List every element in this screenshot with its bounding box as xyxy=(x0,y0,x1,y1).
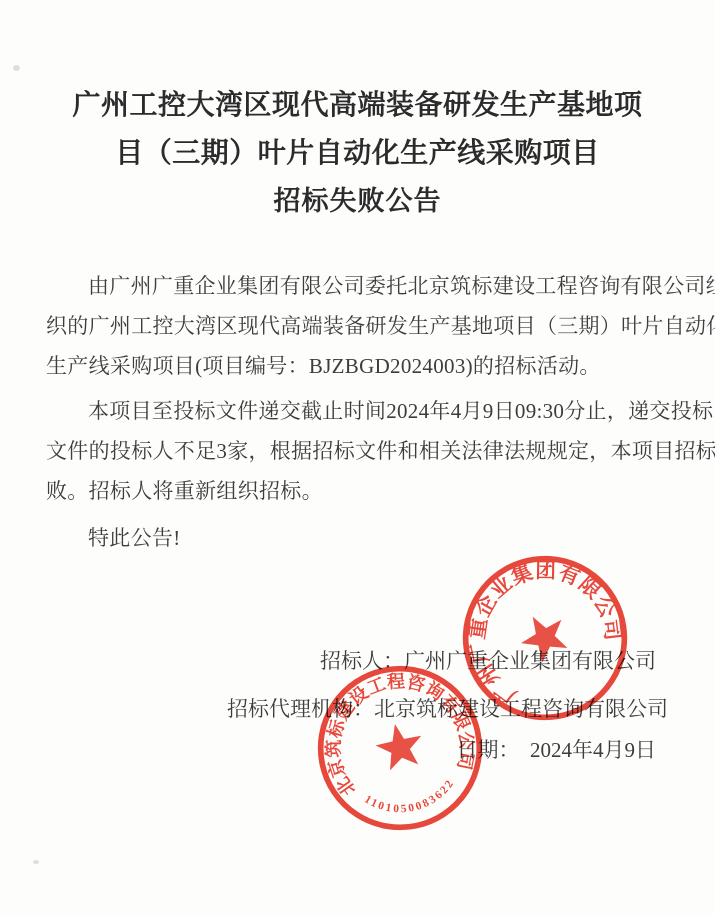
document-title: 广州工控大湾区现代高端装备研发生产基地项 目（三期）叶片自动化生产线采购项目 xyxy=(0,82,715,178)
body-line: 本项目至投标文件递交截止时间2024年4月9日09:30分止，递交投标 xyxy=(46,391,675,431)
document-page: 广州工控大湾区现代高端装备研发生产基地项 目（三期）叶片自动化生产线采购项目 招… xyxy=(0,0,715,915)
scan-speck xyxy=(13,65,20,71)
body-line: 由广州广重企业集团有限公司委托北京筑标建设工程咨询有限公司组 xyxy=(46,266,675,306)
seal-star-icon xyxy=(372,719,427,772)
title-line-1: 广州工控大湾区现代高端装备研发生产基地项 xyxy=(0,82,715,130)
body-line: 生产线采购项目(项目编号：BJZBGD2024003)的招标活动。 xyxy=(46,346,675,386)
body-line: 文件的投标人不足3家，根据招标文件和相关法律法规规定，本项目招标失 xyxy=(46,431,675,471)
body-line: 织的广州工控大湾区现代高端装备研发生产基地项目（三期）叶片自动化 xyxy=(46,306,675,346)
seal-star-icon xyxy=(513,605,576,667)
document-body: 由广州广重企业集团有限公司委托北京筑标建设工程咨询有限公司组 织的广州工控大湾区… xyxy=(46,266,675,558)
seal-serial-number: 1101050083622 xyxy=(360,775,461,824)
announcement-heading: 招标失败公告 xyxy=(0,186,715,216)
body-line: 败。招标人将重新组织招标。 xyxy=(46,471,675,511)
title-line-2: 目（三期）叶片自动化生产线采购项目 xyxy=(0,130,715,178)
paragraph-1: 由广州广重企业集团有限公司委托北京筑标建设工程咨询有限公司组 织的广州工控大湾区… xyxy=(46,266,675,386)
paragraph-2: 本项目至投标文件递交截止时间2024年4月9日09:30分止，递交投标 文件的投… xyxy=(46,391,675,511)
scan-speck xyxy=(33,860,39,864)
agency-seal-stamp: 北京筑标建设工程咨询有限公司 1101050083622 xyxy=(299,647,501,849)
